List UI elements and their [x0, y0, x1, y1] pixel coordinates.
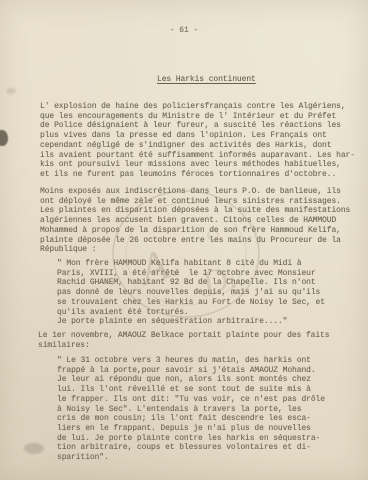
- page-title: Les Harkis continuent: [157, 75, 256, 85]
- page-number: - 61 -: [0, 26, 368, 36]
- paragraph-disparitions: Moins exposés aux indiscrétions dans leu…: [40, 187, 350, 255]
- document-page: - 61 - Les Harkis continuent L' explosio…: [0, 0, 368, 480]
- stain-bottom-left: [24, 443, 44, 454]
- quote-hammoud-complaint: " Mon frère HAMMOUD Kelifa habitant 8 ci…: [57, 259, 325, 327]
- paragraph-police-hatred: L' explosion de haine des policiersfranç…: [40, 102, 355, 180]
- paragraph-amaouz-intro: Le 1er novembre, AMAOUZ Belkace portait …: [38, 331, 329, 350]
- ink-smudge-left-edge: [0, 130, 8, 146]
- stain-top-left: [6, 88, 16, 94]
- quote-amaouz-complaint: " Le 31 octobre vers 3 heures du matin, …: [57, 356, 325, 463]
